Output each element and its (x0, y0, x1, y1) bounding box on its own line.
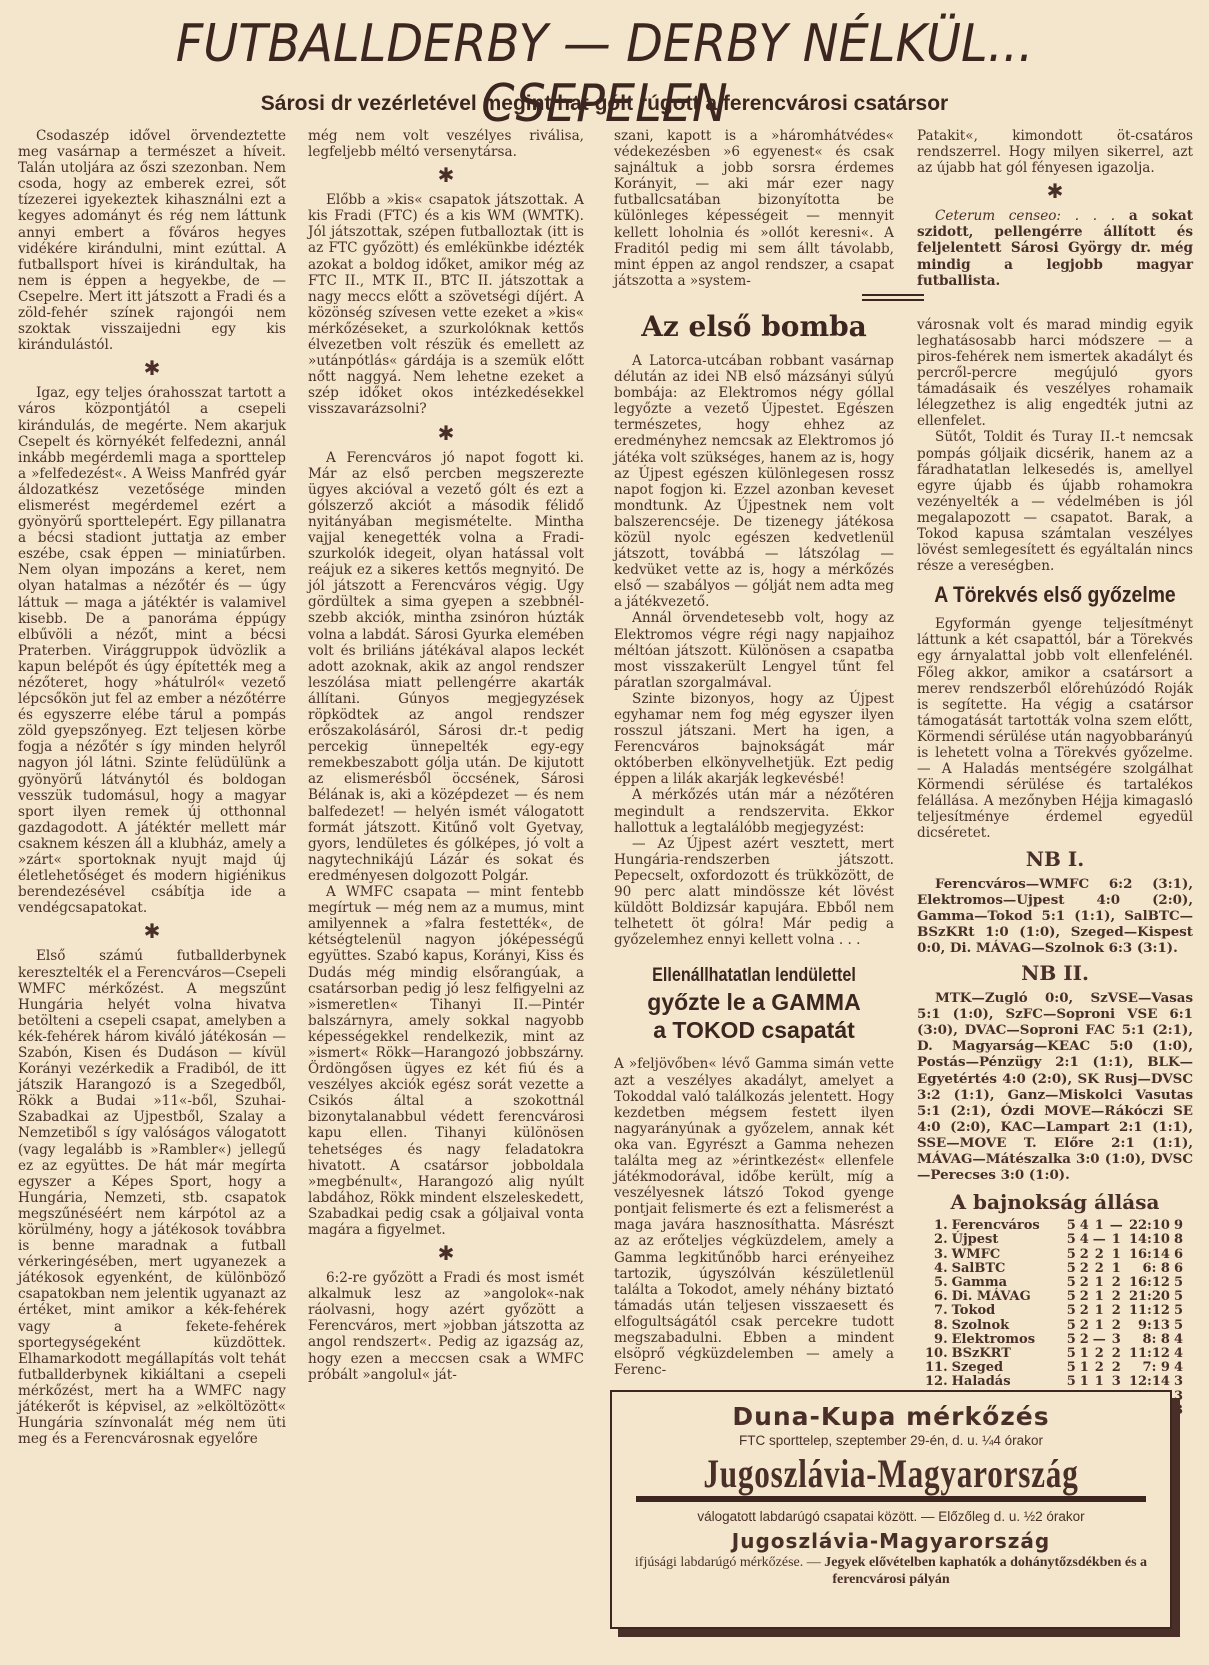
standings-rank: 2. (923, 1233, 950, 1247)
advert-tickets: ifjúsági labdarúgó mérkőzése. — Jegyek e… (612, 1554, 1170, 1588)
standings-row: 10.BSzKRT512211:124 (923, 1347, 1185, 1361)
standings-rank: 3. (923, 1248, 950, 1262)
standings-rank: 10. (923, 1347, 950, 1361)
standings-points: 5 (1172, 1304, 1185, 1318)
standings-drawn: 2 (1091, 1262, 1108, 1276)
asterisk-separator-icon: ✱ (18, 920, 286, 942)
standings-drawn: 1 (1091, 1219, 1108, 1233)
article-column-2: még nem volt veszélyes riválisa, legfelj… (308, 128, 584, 1383)
paragraph: Előbb a »kis« csapatok játszottak. A kis… (308, 192, 584, 417)
standings-row: 7.Tokod521211:125 (923, 1304, 1185, 1318)
advert-title: Duna-Kupa mérkőzés (612, 1402, 1170, 1432)
paragraph: — Az Újpest azért vesztett, mert Hungári… (614, 836, 894, 949)
standings-team: Újpest (950, 1233, 1065, 1247)
advert-rule (636, 1496, 1146, 1502)
standings-won: 2 (1078, 1262, 1091, 1276)
standings-team: Haladás (950, 1375, 1065, 1389)
standings-points: 3 (1172, 1390, 1185, 1404)
nb1-heading: NB I. (917, 848, 1193, 870)
advert-match-desc: válogatott labdarúgó csapatai között. — … (612, 1508, 1170, 1526)
standings-goals: 22:10 (1125, 1219, 1172, 1233)
standings-lost: 2 (1108, 1290, 1125, 1304)
standings-won: 1 (1078, 1361, 1091, 1375)
standings-drawn: 1 (1091, 1319, 1108, 1333)
section-heading-torekves: A Törekvés első győzelme (934, 582, 1177, 608)
standings-team: Szolnok (950, 1319, 1065, 1333)
paragraph: A WMFC csapata — mint fentebb megírtuk —… (308, 884, 584, 1238)
heading-line: győzte le a GAMMA (614, 988, 894, 1016)
standings-drawn: 1 (1091, 1304, 1108, 1318)
standings-table: 1.Ferencváros541—22:1092.Újpest54—114:10… (923, 1219, 1185, 1418)
section-heading-gamma: Ellenállhatatlan lendülettel győzte le a… (614, 964, 894, 1044)
standings-played: 5 (1065, 1233, 1078, 1247)
standings-played: 5 (1065, 1262, 1078, 1276)
standings-points: 3 (1172, 1404, 1185, 1418)
standings-goals: 9:13 (1125, 1319, 1172, 1333)
standings-points: 5 (1172, 1319, 1185, 1333)
standings-drawn: 1 (1091, 1375, 1108, 1389)
standings-lost: 3 (1108, 1333, 1125, 1347)
paragraph: 6:2-re győzött a Fradi és most ismét alk… (308, 1270, 584, 1383)
standings-points: 5 (1172, 1290, 1185, 1304)
standings-row: 6.Di. MÁVAG521221:205 (923, 1290, 1185, 1304)
paragraph: Annál örvendetesebb volt, hogy az Elektr… (614, 610, 894, 690)
standings-played: 5 (1065, 1333, 1078, 1347)
section-heading-bomba: Az első bomba (614, 311, 894, 343)
standings-won: 4 (1078, 1219, 1091, 1233)
standings-goals: 14:10 (1125, 1233, 1172, 1247)
standings-played: 5 (1065, 1319, 1078, 1333)
paragraph: Igaz, egy teljes órahosszat tartott a vá… (18, 385, 286, 916)
standings-drawn: — (1091, 1333, 1108, 1347)
asterisk-separator-icon: ✱ (18, 357, 286, 379)
paragraph: Csodaszép idővel örvendeztette meg vasár… (18, 128, 286, 353)
standings-lost: — (1108, 1219, 1125, 1233)
standings-rank: 5. (923, 1276, 950, 1290)
standings-lost: 1 (1108, 1248, 1125, 1262)
standings-goals: 16:14 (1125, 1248, 1172, 1262)
advert-youth-desc: ifjúsági labdarúgó mérkőzése. — (635, 1555, 821, 1570)
standings-lost: 2 (1108, 1347, 1125, 1361)
standings-played: 5 (1065, 1304, 1078, 1318)
standings-points: 4 (1172, 1361, 1185, 1375)
standings-rank: 8. (923, 1319, 950, 1333)
paragraph: Patakit«, kimondott öt-csatáros rendszer… (917, 128, 1193, 176)
standings-drawn: — (1091, 1233, 1108, 1247)
standings-won: 2 (1078, 1248, 1091, 1262)
standings-rank: 4. (923, 1262, 950, 1276)
standings-rank: 12. (923, 1375, 950, 1389)
standings-lost: 2 (1108, 1319, 1125, 1333)
standings-team: Szeged (950, 1361, 1065, 1375)
paragraph: Egyformán gyenge teljesítményt láttunk a… (917, 616, 1193, 841)
standings-team: Di. MÁVAG (950, 1290, 1065, 1304)
standings-goals: 11:12 (1125, 1347, 1172, 1361)
asterisk-separator-icon: ✱ (308, 164, 584, 186)
paragraph: Első számú futballderbynek keresztelték … (18, 948, 286, 1447)
asterisk-separator-icon: ✱ (917, 180, 1193, 202)
standings-won: 2 (1078, 1290, 1091, 1304)
heading-line: Ellenállhatatlan lendülettel (635, 964, 873, 988)
standings-lost: 1 (1108, 1233, 1125, 1247)
standings-drawn: 2 (1091, 1248, 1108, 1262)
standings-won: 1 (1078, 1375, 1091, 1389)
standings-row: 3.WMFC522116:146 (923, 1248, 1185, 1262)
standings-rank: 11. (923, 1361, 950, 1375)
standings-won: 4 (1078, 1233, 1091, 1247)
standings-played: 5 (1065, 1290, 1078, 1304)
nb2-heading: NB II. (917, 962, 1193, 984)
standings-row: 12.Haladás511312:143 (923, 1375, 1185, 1389)
standings-points: 3 (1172, 1375, 1185, 1389)
standings-heading: A bajnokság állása (917, 1191, 1193, 1213)
asterisk-separator-icon: ✱ (308, 1242, 584, 1264)
standings-rank: 6. (923, 1290, 950, 1304)
standings-row: 9.Elektromos52—38: 84 (923, 1333, 1185, 1347)
conclusion-paragraph: Ceterum censeo: . . . a sokat szidott, p… (917, 208, 1193, 288)
standings-played: 5 (1065, 1347, 1078, 1361)
standings-played: 5 (1065, 1276, 1078, 1290)
standings-played: 5 (1065, 1248, 1078, 1262)
standings-won: 2 (1078, 1276, 1091, 1290)
standings-team: Elektromos (950, 1333, 1065, 1347)
standings-row: 2.Újpest54—114:108 (923, 1233, 1185, 1247)
paragraph: még nem volt veszélyes riválisa, legfelj… (308, 128, 584, 160)
advert-venue: FTC sporttelep, szeptember 29-én, d. u. … (612, 1432, 1170, 1450)
standings-goals: 21:20 (1125, 1290, 1172, 1304)
nb1-results: Ferencváros—WMFC 6:2 (3:1), Elektromos—U… (917, 876, 1193, 956)
standings-points: 9 (1172, 1219, 1185, 1233)
paragraph: Sütőt, Toldit és Turay II.-t nemcsak pom… (917, 429, 1193, 574)
standings-goals: 6: 8 (1125, 1262, 1172, 1276)
paragraph: városnak volt és marad mindig egyik legh… (917, 317, 1193, 430)
standings-drawn: 2 (1091, 1361, 1108, 1375)
advert-youth-match: Jugoszlávia-Magyarország (612, 1528, 1170, 1554)
standings-team: Tokod (950, 1304, 1065, 1318)
advert-ticket-info: Jegyek elővételben kaphatók a dohánytőzs… (824, 1555, 1147, 1587)
heading-line: a TOKOD csapatát (614, 1016, 894, 1044)
advert-match: Jugoszlávia-Magyarország (673, 1452, 1108, 1496)
page-title: FUTBALLDERBY — DERBY NÉLKÜL... CSEPELEN (48, 14, 1160, 134)
standings-rank: 7. (923, 1304, 950, 1318)
standings-points: 8 (1172, 1233, 1185, 1247)
standings-team: BSzKRT (950, 1347, 1065, 1361)
standings-team: WMFC (950, 1248, 1065, 1262)
article-column-3: szani, kapott is a »háromhátvédes« védek… (614, 128, 894, 1378)
article-column-4: Patakit«, kimondott öt-csatáros rendszer… (917, 128, 1193, 1418)
standings-drawn: 2 (1091, 1347, 1108, 1361)
standings-points: 6 (1172, 1262, 1185, 1276)
standings-won: 2 (1078, 1319, 1091, 1333)
standings-lost: 2 (1108, 1276, 1125, 1290)
nb2-results: MTK—Zugló 0:0, SzVSE—Vasas 5:1 (1:0), Sz… (917, 990, 1193, 1183)
paragraph: A Latorca-utcában robbant vasárnap délut… (614, 353, 894, 611)
standings-goals: 7: 9 (1125, 1361, 1172, 1375)
paragraph: szani, kapott is a »háromhátvédes« védek… (614, 128, 894, 289)
paragraph: A Ferencváros jó napot fogott ki. Már az… (308, 450, 584, 885)
latin-phrase: Ceterum censeo: . . . (935, 208, 1115, 224)
page-subtitle: Sárosi dr vezérletével megint hat gólt r… (0, 92, 1209, 116)
standings-rank: 9. (923, 1333, 950, 1347)
standings-drawn: 1 (1091, 1290, 1108, 1304)
article-column-1: Csodaszép idővel örvendeztette meg vasár… (18, 128, 286, 1447)
standings-goals: 16:12 (1125, 1276, 1172, 1290)
paragraph: A »feljövőben« lévő Gamma simán vette az… (614, 1056, 894, 1378)
standings-row: 4.SalBTC52216: 86 (923, 1262, 1185, 1276)
standings-drawn: 1 (1091, 1276, 1108, 1290)
standings-goals: 8: 8 (1125, 1333, 1172, 1347)
column-divider (862, 294, 924, 301)
standings-lost: 2 (1108, 1361, 1125, 1375)
standings-played: 5 (1065, 1375, 1078, 1389)
paragraph: A mérkőzés után már a nézőtéren megindul… (614, 787, 894, 835)
standings-team: SalBTC (950, 1262, 1065, 1276)
standings-goals: 12:14 (1125, 1375, 1172, 1389)
standings-points: 4 (1172, 1347, 1185, 1361)
standings-row: 11.Szeged51227: 94 (923, 1361, 1185, 1375)
standings-won: 2 (1078, 1304, 1091, 1318)
standings-row: 8.Szolnok52129:135 (923, 1319, 1185, 1333)
standings-won: 1 (1078, 1347, 1091, 1361)
asterisk-separator-icon: ✱ (308, 422, 584, 444)
standings-lost: 3 (1108, 1375, 1125, 1389)
standings-played: 5 (1065, 1219, 1078, 1233)
paragraph: Szinte bizonyos, hogy az Újpest egyhamar… (614, 691, 894, 788)
standings-goals: 11:12 (1125, 1304, 1172, 1318)
standings-points: 5 (1172, 1276, 1185, 1290)
standings-played: 5 (1065, 1361, 1078, 1375)
standings-lost: 2 (1108, 1304, 1125, 1318)
duna-kupa-advert: Duna-Kupa mérkőzés FTC sporttelep, szept… (610, 1390, 1172, 1629)
standings-points: 4 (1172, 1333, 1185, 1347)
standings-rank: 1. (923, 1219, 950, 1233)
standings-points: 6 (1172, 1248, 1185, 1262)
standings-lost: 1 (1108, 1262, 1125, 1276)
newspaper-page: FUTBALLDERBY — DERBY NÉLKÜL... CSEPELEN … (0, 0, 1209, 1665)
standings-won: 2 (1078, 1333, 1091, 1347)
